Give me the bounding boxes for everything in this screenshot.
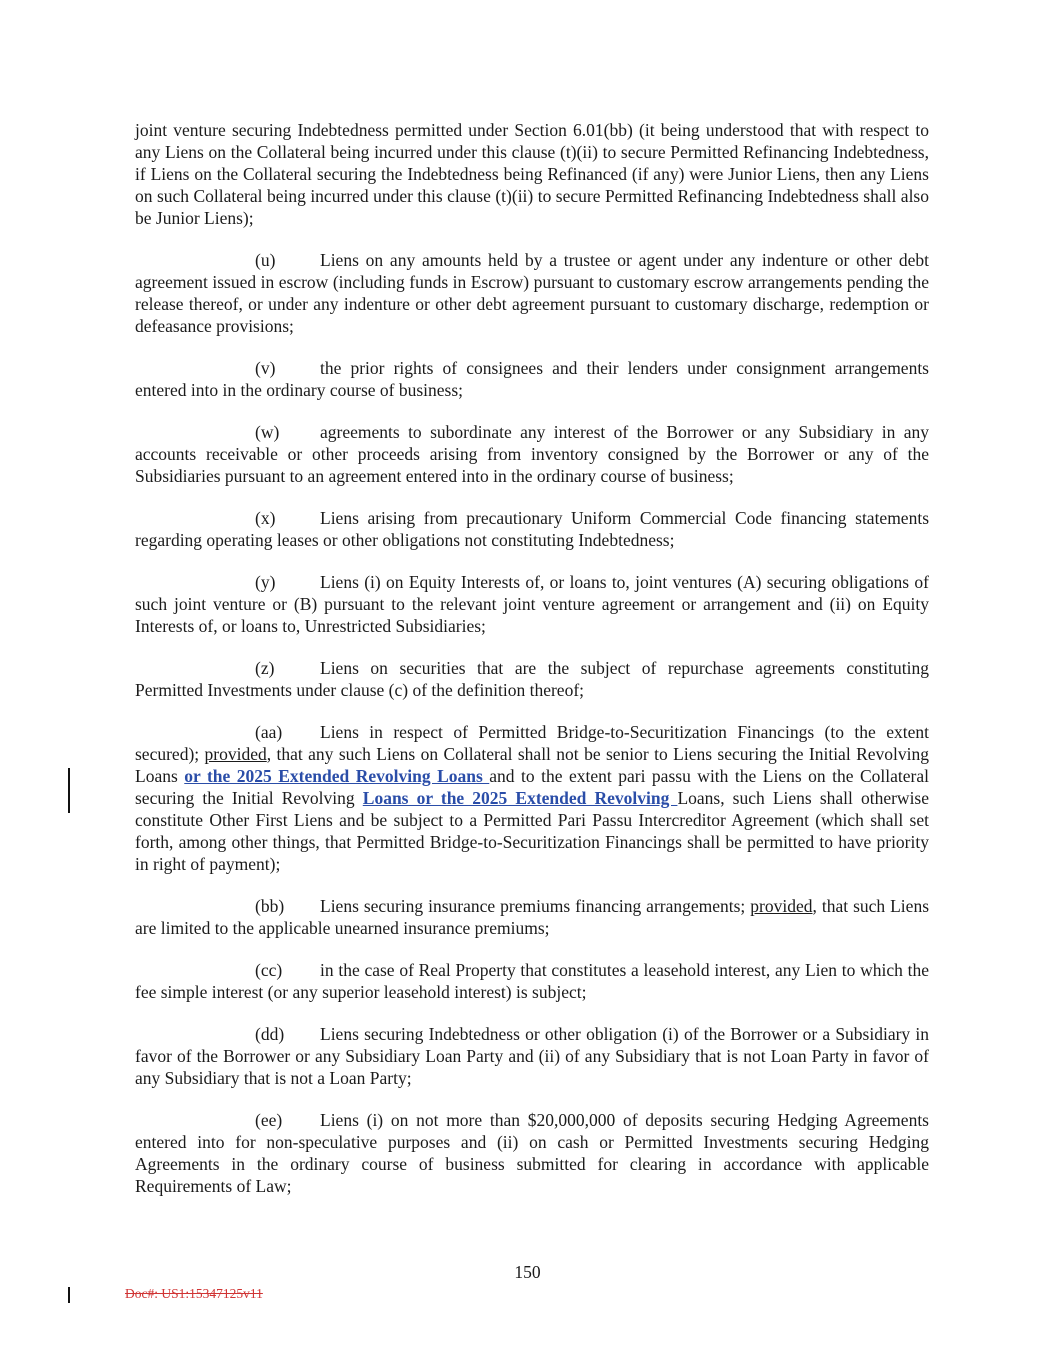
- clause-label: (y): [255, 571, 320, 593]
- document-body: joint venture securing Indebtedness perm…: [135, 119, 929, 1217]
- clause-label: (w): [255, 421, 320, 443]
- clause-label: (v): [255, 357, 320, 379]
- clause-y: (y)Liens (i) on Equity Interests of, or …: [135, 571, 929, 637]
- clause-aa: (aa)Liens in respect of Permitted Bridge…: [135, 721, 929, 875]
- clause-cc: (cc)in the case of Real Property that co…: [135, 959, 929, 1003]
- clause-w: (w)agreements to subordinate any interes…: [135, 421, 929, 487]
- clause-dd: (dd)Liens securing Indebtedness or other…: [135, 1023, 929, 1089]
- clause-label: (cc): [255, 959, 320, 981]
- clause-label: (x): [255, 507, 320, 529]
- clause-label: (aa): [255, 721, 320, 743]
- revision-change-bar-footer: [68, 1287, 70, 1303]
- clause-x: (x)Liens arising from precautionary Unif…: [135, 507, 929, 551]
- clause-ee: (ee)Liens (i) on not more than $20,000,0…: [135, 1109, 929, 1197]
- clause-text: Liens in respect of Permitted Bridge-to-…: [135, 722, 929, 874]
- clause-z: (z)Liens on securities that are the subj…: [135, 657, 929, 701]
- clause-label: (dd): [255, 1023, 320, 1045]
- paragraph-text: joint venture securing Indebtedness perm…: [135, 120, 929, 228]
- page-number: 150: [0, 1262, 1055, 1282]
- clause-label: (z): [255, 657, 320, 679]
- paragraph-continuation: joint venture securing Indebtedness perm…: [135, 119, 929, 229]
- revision-change-bar: [68, 768, 70, 813]
- clause-label: (bb): [255, 895, 320, 917]
- clause-u: (u)Liens on any amounts held by a truste…: [135, 249, 929, 337]
- clause-label: (ee): [255, 1109, 320, 1131]
- clause-label: (u): [255, 249, 320, 271]
- clause-v: (v)the prior rights of consignees and th…: [135, 357, 929, 401]
- doc-number-deleted: Doc#: US1:15347125v11: [125, 1286, 263, 1302]
- document-page: joint venture securing Indebtedness perm…: [0, 0, 1055, 1365]
- clause-bb: (bb)Liens securing insurance premiums fi…: [135, 895, 929, 939]
